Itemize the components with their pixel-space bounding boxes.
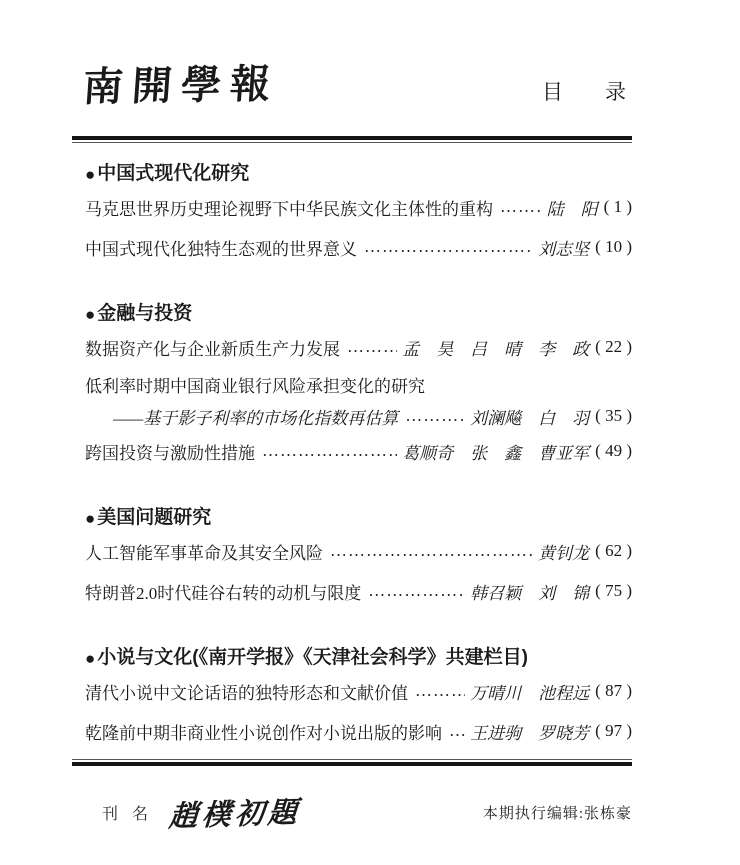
toc-body: ●中国式现代化研究 马克思世界历史理论视野下中华民族文化主体性的重构 陆 阳 (… [72, 161, 632, 751]
divider-thick-line [72, 762, 632, 766]
article-authors: 刘志坚 [538, 235, 589, 260]
section-heading-label: 中国式现代化研究 [97, 161, 249, 187]
article-authors: 刘澜飚 白 羽 [470, 404, 589, 429]
section-heading: ●美国问题研究 [72, 505, 632, 531]
article-title: 乾隆前中期非商业性小说创作对小说出版的影响 [85, 719, 442, 744]
dot-leader [415, 681, 465, 701]
bottom-divider-rule [72, 759, 632, 766]
toc-entry: 中国式现代化独特生态观的世界意义 刘志坚 ( 10 ) [72, 227, 632, 267]
article-page-number: ( 75 ) [595, 581, 632, 601]
article-page-number: ( 35 ) [595, 406, 632, 426]
section-modernization: ●中国式现代化研究 马克思世界历史理论视野下中华民族文化主体性的重构 陆 阳 (… [72, 161, 632, 267]
toc-entry: 人工智能军事革命及其安全风险 黄钊龙 ( 62 ) [72, 531, 632, 571]
toc-entry: 马克思世界历史理论视野下中华民族文化主体性的重构 陆 阳 ( 1 ) [72, 187, 632, 227]
toc-page: 南開學報 目 录 ●中国式现代化研究 马克思世界历史理论视野下中华民族文化主体性… [72, 0, 632, 833]
article-title: 中国式现代化独特生态观的世界意义 [85, 235, 357, 260]
dot-leader [262, 441, 397, 461]
top-divider-rule [72, 136, 632, 143]
article-authors: 万晴川 池程远 [470, 679, 589, 704]
dot-leader [449, 721, 465, 741]
dot-leader [500, 197, 542, 217]
section-bullet-icon: ● [85, 306, 95, 323]
dot-leader [405, 406, 465, 426]
article-authors: 孟 昊 吕 晴 李 政 [402, 335, 589, 360]
toc-entry: 跨国投资与激励性措施 葛顺奇 张 鑫 曹亚军 ( 49 ) [72, 431, 632, 471]
article-subtitle: ——基于影子利率的市场化指数再估算 [85, 404, 398, 429]
inscription-label: 刊 名 [102, 801, 153, 824]
section-heading: ●小说与文化(《南开学报》《天津社会科学》共建栏目) [72, 645, 632, 671]
section-heading-label: 小说与文化(《南开学报》《天津社会科学》共建栏目) [97, 645, 528, 671]
section-bullet-icon: ● [85, 166, 95, 183]
article-page-number: ( 10 ) [595, 237, 632, 257]
section-heading-label: 美国问题研究 [97, 505, 211, 531]
article-title: 数据资产化与企业新质生产力发展 [85, 335, 340, 360]
dot-leader [368, 581, 465, 601]
toc-entry: 数据资产化与企业新质生产力发展 孟 昊 吕 晴 李 政 ( 22 ) [72, 327, 632, 367]
dot-leader [347, 337, 397, 357]
toc-entry-title-line: 低利率时期中国商业银行风险承担变化的研究 [72, 367, 632, 401]
article-authors: 黄钊龙 [538, 539, 589, 564]
article-page-number: ( 22 ) [595, 337, 632, 357]
article-page-number: ( 97 ) [595, 721, 632, 741]
article-authors: 王进驹 罗晓芳 [470, 719, 589, 744]
section-heading-label: 金融与投资 [97, 301, 192, 327]
article-page-number: ( 87 ) [595, 681, 632, 701]
article-title: 清代小说中文论话语的独特形态和文献价值 [85, 679, 408, 704]
inscription-signature-calligraphy: 趙樸初題 [168, 790, 303, 836]
dot-leader [330, 541, 533, 561]
toc-heading: 目 录 [542, 82, 626, 106]
article-page-number: ( 49 ) [595, 441, 632, 461]
executive-editor-note: 本期执行编辑:张栋豪 [483, 802, 632, 823]
section-heading: ●中国式现代化研究 [72, 161, 632, 187]
article-title: 跨国投资与激励性措施 [85, 439, 255, 464]
journal-title-calligraphy: 南開學報 [81, 64, 280, 107]
article-title: 低利率时期中国商业银行风险承担变化的研究 [85, 372, 425, 397]
toc-entry: 乾隆前中期非商业性小说创作对小说出版的影响 王进驹 罗晓芳 ( 97 ) [72, 711, 632, 751]
toc-entry: 特朗普2.0时代硅谷右转的动机与限度 韩召颖 刘 锦 ( 75 ) [72, 571, 632, 611]
article-title: 人工智能军事革命及其安全风险 [85, 539, 323, 564]
section-bullet-icon: ● [85, 650, 95, 667]
page-footer: 刊 名 趙樸初題 本期执行编辑:张栋豪 [72, 792, 632, 833]
masthead: 南開學報 目 录 [72, 0, 632, 106]
dot-leader [364, 237, 533, 257]
article-title: 特朗普2.0时代硅谷右转的动机与限度 [85, 579, 361, 604]
article-page-number: ( 1 ) [604, 197, 632, 217]
article-page-number: ( 62 ) [595, 541, 632, 561]
section-heading: ●金融与投资 [72, 301, 632, 327]
article-authors: 韩召颖 刘 锦 [470, 579, 589, 604]
article-title: 马克思世界历史理论视野下中华民族文化主体性的重构 [85, 195, 493, 220]
title-inscription: 刊 名 趙樸初題 [102, 792, 301, 833]
divider-thin-line [72, 142, 632, 143]
section-bullet-icon: ● [85, 510, 95, 527]
section-american-studies: ●美国问题研究 人工智能军事革命及其安全风险 黄钊龙 ( 62 ) 特朗普2.0… [72, 505, 632, 611]
article-authors: 葛顺奇 张 鑫 曹亚军 [402, 439, 589, 464]
article-authors: 陆 阳 [547, 195, 598, 220]
section-finance-investment: ●金融与投资 数据资产化与企业新质生产力发展 孟 昊 吕 晴 李 政 ( 22 … [72, 301, 632, 471]
toc-entry: 清代小说中文论话语的独特形态和文献价值 万晴川 池程远 ( 87 ) [72, 671, 632, 711]
section-fiction-culture: ●小说与文化(《南开学报》《天津社会科学》共建栏目) 清代小说中文论话语的独特形… [72, 645, 632, 751]
toc-entry-subtitle-line: ——基于影子利率的市场化指数再估算 刘澜飚 白 羽 ( 35 ) [72, 401, 632, 431]
